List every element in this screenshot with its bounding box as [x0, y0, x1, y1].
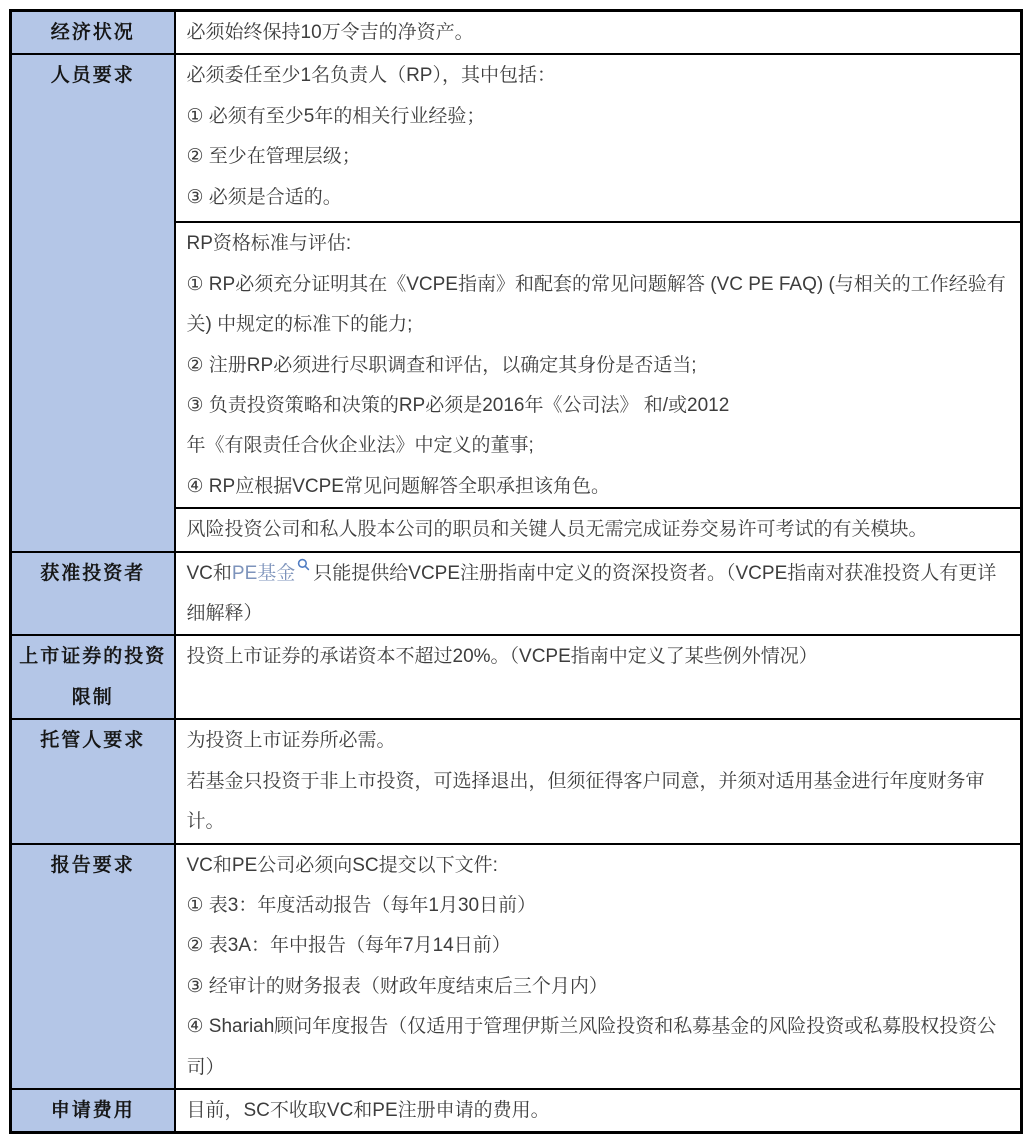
text-line: ③ 经审计的财务报表（财政年度结束后三个月内） [187, 967, 1011, 1007]
text-segment: VC和 [187, 563, 232, 584]
text-line: 关) 中规定的标准下的能力; [187, 305, 1011, 345]
text-segment: 只能提供给VCPE注册指南中定义的资深投资者。（VCPE指南对获准投资人有更详 [313, 563, 996, 584]
text-line: RP资格标准与评估: [187, 224, 1011, 264]
text-line: ④ Shariah顾问年度报告（仅适用于管理伊斯兰风险投资和私募基金的风险投资或… [187, 1007, 1011, 1047]
requirements-table: 经济状况必须始终保持10万令吉的净资产。人员要求必须委任至少1名负责人（RP），… [9, 9, 1023, 1134]
text-line: 年《有限责任合伙企业法》中定义的董事; [187, 426, 1011, 466]
search-icon[interactable] [297, 558, 310, 571]
text-line: 细解释） [187, 594, 1011, 634]
table-row: 上市证券的投资限制投资上市证券的承诺资本不超过20%。（VCPE指南中定义了某些… [11, 635, 1022, 719]
row-header-personnel-requirements: 人员要求 [11, 54, 175, 551]
document-page: 经济状况必须始终保持10万令吉的净资产。人员要求必须委任至少1名负责人（RP），… [0, 0, 1032, 1137]
text-line: VC和PE基金只能提供给VCPE注册指南中定义的资深投资者。（VCPE指南对获准… [187, 554, 1011, 594]
row-header-listed-securities-limit: 上市证券的投资限制 [11, 635, 175, 719]
content-cell-listed-securities-limit-0: 投资上市证券的承诺资本不超过20%。（VCPE指南中定义了某些例外情况） [175, 635, 1022, 719]
table-row: 申请费用目前，SC不收取VC和PE注册申请的费用。 [11, 1089, 1022, 1133]
text-line: VC和PE公司必须向SC提交以下文件: [187, 846, 1011, 886]
content-cell-approved-investors-0: VC和PE基金只能提供给VCPE注册指南中定义的资深投资者。（VCPE指南对获准… [175, 552, 1022, 636]
table-row: 托管人要求为投资上市证券所必需。若基金只投资于非上市投资，可选择退出，但须征得客… [11, 719, 1022, 843]
text-line: ② 表3A：年中报告（每年7月14日前） [187, 926, 1011, 966]
content-cell-personnel-requirements-2: 风险投资公司和私人股本公司的职员和关键人员无需完成证券交易许可考试的有关模块。 [175, 508, 1022, 551]
text-line: 司） [187, 1048, 1011, 1088]
text-line: ① 表3：年度活动报告（每年1月30日前） [187, 886, 1011, 926]
row-header-application-fee: 申请费用 [11, 1089, 175, 1133]
content-cell-personnel-requirements-0: 必须委任至少1名负责人（RP），其中包括：① 必须有至少5年的相关行业经验；② … [175, 54, 1022, 222]
text-line: ① RP必须充分证明其在《VCPE指南》和配套的常见问题解答 (VC PE FA… [187, 265, 1011, 305]
table-row: 人员要求必须委任至少1名负责人（RP），其中包括：① 必须有至少5年的相关行业经… [11, 54, 1022, 222]
text-line: 投资上市证券的承诺资本不超过20%。（VCPE指南中定义了某些例外情况） [187, 637, 1011, 677]
content-cell-application-fee-0: 目前，SC不收取VC和PE注册申请的费用。 [175, 1089, 1022, 1133]
text-line: 必须委任至少1名负责人（RP），其中包括： [187, 56, 1011, 96]
text-line: ① 必须有至少5年的相关行业经验； [187, 97, 1011, 137]
text-line: 风险投资公司和私人股本公司的职员和关键人员无需完成证券交易许可考试的有关模块。 [187, 510, 1011, 550]
highlighted-term[interactable]: PE基金 [232, 563, 295, 584]
text-line: ③ 必须是合适的。 [187, 178, 1011, 218]
table-row: 经济状况必须始终保持10万令吉的净资产。 [11, 11, 1022, 55]
table-row: 报告要求VC和PE公司必须向SC提交以下文件:① 表3：年度活动报告（每年1月3… [11, 844, 1022, 1089]
row-header-reporting-requirements: 报告要求 [11, 844, 175, 1089]
text-line: ② 至少在管理层级； [187, 137, 1011, 177]
text-line: 若基金只投资于非上市投资，可选择退出，但须征得客户同意，并须对适用基金进行年度财… [187, 762, 1011, 802]
requirements-table-body: 经济状况必须始终保持10万令吉的净资产。人员要求必须委任至少1名负责人（RP），… [11, 11, 1022, 1133]
text-line: 目前，SC不收取VC和PE注册申请的费用。 [187, 1091, 1011, 1131]
row-header-economic-status: 经济状况 [11, 11, 175, 55]
text-line: 计。 [187, 802, 1011, 842]
content-cell-economic-status-0: 必须始终保持10万令吉的净资产。 [175, 11, 1022, 55]
content-cell-personnel-requirements-1: RP资格标准与评估:① RP必须充分证明其在《VCPE指南》和配套的常见问题解答… [175, 222, 1022, 508]
row-header-approved-investors: 获准投资者 [11, 552, 175, 636]
table-row: 获准投资者VC和PE基金只能提供给VCPE注册指南中定义的资深投资者。（VCPE… [11, 552, 1022, 636]
content-cell-reporting-requirements-0: VC和PE公司必须向SC提交以下文件:① 表3：年度活动报告（每年1月30日前）… [175, 844, 1022, 1089]
text-line: 为投资上市证券所必需。 [187, 721, 1011, 761]
text-line: ④ RP应根据VCPE常见问题解答全职承担该角色。 [187, 467, 1011, 507]
text-line: 必须始终保持10万令吉的净资产。 [187, 13, 1011, 53]
row-header-custodian-requirements: 托管人要求 [11, 719, 175, 843]
text-line: ② 注册RP必须进行尽职调查和评估，以确定其身份是否适当; [187, 346, 1011, 386]
text-line: ③ 负责投资策略和决策的RP必须是2016年《公司法》 和/或2012 [187, 386, 1011, 426]
content-cell-custodian-requirements-0: 为投资上市证券所必需。若基金只投资于非上市投资，可选择退出，但须征得客户同意，并… [175, 719, 1022, 843]
